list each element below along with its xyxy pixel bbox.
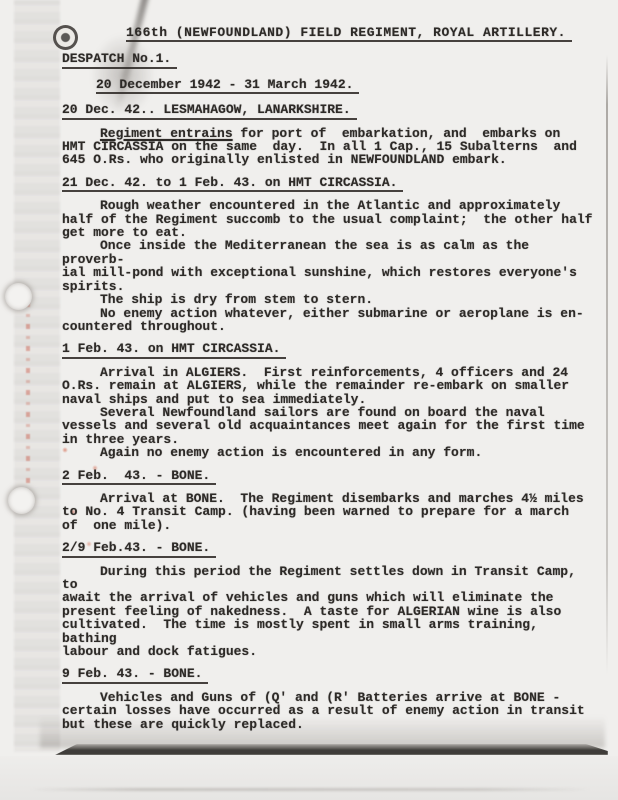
section-heading-lesmahagow: 20 Dec. 42.. LESMAHAGOW, LANARKSHIRE. xyxy=(62,103,357,119)
paragraph: During this period the Regiment settles … xyxy=(62,565,594,659)
paragraph: Regiment entrains for port of embarkatio… xyxy=(62,127,594,167)
section-heading-row: 21 Dec. 42. to 1 Feb. 43. on HMT CIRCASS… xyxy=(62,176,594,192)
page-bottom-edge xyxy=(55,744,608,755)
paragraph: No enemy action whatever, either submari… xyxy=(62,307,594,334)
section-heading-bone-arrival: 2 Feb. 43. - BONE. xyxy=(62,469,216,485)
paragraph: Arrival in ALGIERS. First reinforcements… xyxy=(62,366,594,406)
section-heading-row: 1 Feb. 43. on HMT CIRCASSIA. xyxy=(62,342,594,358)
document-title: 166th (NEWFOUNDLAND) FIELD REGIMENT, ROY… xyxy=(126,26,572,42)
scan-streak xyxy=(30,788,590,791)
section-heading-bone-vehicles: 9 Feb. 43. - BONE. xyxy=(62,667,208,683)
despatch-number: DESPATCH No.1. xyxy=(62,52,177,68)
paragraph: Vehicles and Guns of (Q' and (R' Batteri… xyxy=(62,691,594,731)
section-heading-row: 2/9 Feb.43. - BONE. xyxy=(62,541,594,557)
document-title-row: 166th (NEWFOUNDLAND) FIELD REGIMENT, ROY… xyxy=(126,26,594,42)
document-body: 166th (NEWFOUNDLAND) FIELD REGIMENT, ROY… xyxy=(0,0,618,731)
paragraph: Rough weather encountered in the Atlanti… xyxy=(62,199,594,239)
paragraph: Several Newfoundland sailors are found o… xyxy=(62,406,594,446)
section-heading-row: 9 Feb. 43. - BONE. xyxy=(62,667,594,683)
scanner-background xyxy=(0,756,618,800)
scanned-document-page: 166th (NEWFOUNDLAND) FIELD REGIMENT, ROY… xyxy=(0,0,618,800)
paragraph: Arrival at BONE. The Regiment disembarks… xyxy=(62,492,594,532)
paragraph: Once inside the Mediterranean the sea is… xyxy=(62,239,594,293)
date-range-row: 20 December 1942 - 31 March 1942. xyxy=(96,78,594,94)
hole-punch-top xyxy=(5,283,32,310)
paragraph: Again no enemy action is encountered in … xyxy=(62,446,594,459)
circular-stamp-icon xyxy=(53,25,78,50)
section-heading-bone-transit-camp: 2/9 Feb.43. - BONE. xyxy=(62,541,216,557)
section-heading-circassia-voyage: 21 Dec. 42. to 1 Feb. 43. on HMT CIRCASS… xyxy=(62,176,403,192)
despatch-number-row: DESPATCH No.1. xyxy=(62,52,594,68)
date-range: 20 December 1942 - 31 March 1942. xyxy=(96,78,359,94)
paragraph: The ship is dry from stem to stern. xyxy=(62,293,594,306)
section-heading-circassia-arrival: 1 Feb. 43. on HMT CIRCASSIA. xyxy=(62,342,286,358)
section-heading-row: 20 Dec. 42.. LESMAHAGOW, LANARKSHIRE. xyxy=(62,103,594,119)
section-heading-row: 2 Feb. 43. - BONE. xyxy=(62,469,594,485)
hole-punch-bottom xyxy=(8,487,35,514)
